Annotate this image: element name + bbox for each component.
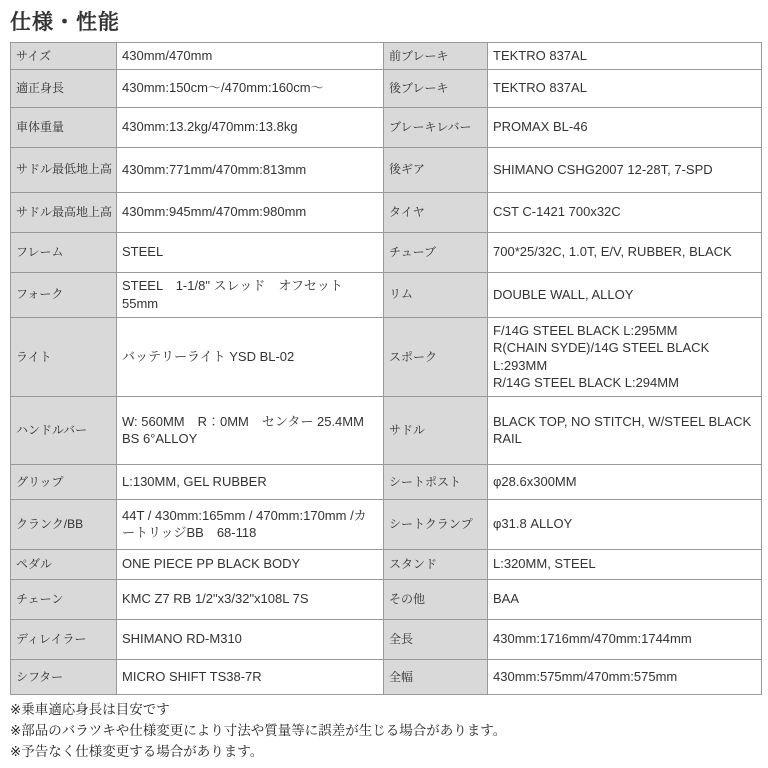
spec-label: サドル最低地上高 <box>11 147 117 192</box>
footnote-line: ※予告なく仕様変更する場合があります。 <box>10 742 761 763</box>
spec-label: ディレイラー <box>11 619 117 659</box>
spec-value: CST C-1421 700x32C <box>488 192 762 232</box>
spec-value: KMC Z7 RB 1/2"x3/32"x108L 7S <box>117 579 384 619</box>
spec-value: PROMAX BL-46 <box>488 107 762 147</box>
spec-value: MICRO SHIFT TS38-7R <box>117 659 384 694</box>
spec-value: STEEL <box>117 232 384 272</box>
table-row: ディレイラー SHIMANO RD-M310 全長 430mm:1716mm/4… <box>11 619 762 659</box>
table-row: シフター MICRO SHIFT TS38-7R 全幅 430mm:575mm/… <box>11 659 762 694</box>
table-row: ハンドルバー W: 560MM R：0MM センター 25.4MM BS 6°A… <box>11 396 762 464</box>
table-row: サドル最低地上高 430mm:771mm/470mm:813mm 後ギア SHI… <box>11 147 762 192</box>
table-row: チェーン KMC Z7 RB 1/2"x3/32"x108L 7S その他 BA… <box>11 579 762 619</box>
spec-label: 全長 <box>384 619 488 659</box>
spec-value: 430mm:945mm/470mm:980mm <box>117 192 384 232</box>
spec-value: F/14G STEEL BLACK L:295MM R(CHAIN SYDE)/… <box>488 317 762 396</box>
spec-table: サイズ 430mm/470mm 前ブレーキ TEKTRO 837AL 適正身長 … <box>10 42 762 695</box>
spec-value: 430mm:150cm〜/470mm:160cm〜 <box>117 69 384 107</box>
spec-value: L:130MM, GEL RUBBER <box>117 464 384 499</box>
spec-label: サドル <box>384 396 488 464</box>
table-row: 車体重量 430mm:13.2kg/470mm:13.8kg ブレーキレバー P… <box>11 107 762 147</box>
table-row: ライト バッテリーライト YSD BL-02 スポーク F/14G STEEL … <box>11 317 762 396</box>
spec-value: W: 560MM R：0MM センター 25.4MM BS 6°ALLOY <box>117 396 384 464</box>
spec-page: 仕様・性能 サイズ 430mm/470mm 前ブレーキ TEKTRO 837AL… <box>0 0 768 763</box>
spec-value: φ31.8 ALLOY <box>488 499 762 549</box>
spec-label: フレーム <box>11 232 117 272</box>
spec-label: その他 <box>384 579 488 619</box>
table-row: ペダル ONE PIECE PP BLACK BODY スタンド L:320MM… <box>11 549 762 579</box>
spec-label: ペダル <box>11 549 117 579</box>
spec-value: SHIMANO CSHG2007 12-28T, 7-SPD <box>488 147 762 192</box>
spec-label: 適正身長 <box>11 69 117 107</box>
spec-label: 車体重量 <box>11 107 117 147</box>
table-row: クランク/BB 44T / 430mm:165mm / 470mm:170mm … <box>11 499 762 549</box>
spec-label: 後ギア <box>384 147 488 192</box>
spec-label: グリップ <box>11 464 117 499</box>
spec-value: 700*25/32C, 1.0T, E/V, RUBBER, BLACK <box>488 232 762 272</box>
table-row: サイズ 430mm/470mm 前ブレーキ TEKTRO 837AL <box>11 43 762 70</box>
spec-label: スタンド <box>384 549 488 579</box>
table-row: グリップ L:130MM, GEL RUBBER シートポスト φ28.6x30… <box>11 464 762 499</box>
spec-label: ハンドルバー <box>11 396 117 464</box>
spec-label: フォーク <box>11 272 117 317</box>
spec-value: TEKTRO 837AL <box>488 43 762 70</box>
table-row: フレーム STEEL チューブ 700*25/32C, 1.0T, E/V, R… <box>11 232 762 272</box>
spec-value: DOUBLE WALL, ALLOY <box>488 272 762 317</box>
footnote-line: ※乗車適応身長は目安です <box>10 700 761 721</box>
spec-value: STEEL 1-1/8" スレッド オフセット55mm <box>117 272 384 317</box>
spec-value: 430mm:1716mm/470mm:1744mm <box>488 619 762 659</box>
spec-value: 430mm/470mm <box>117 43 384 70</box>
table-row: 適正身長 430mm:150cm〜/470mm:160cm〜 後ブレーキ TEK… <box>11 69 762 107</box>
spec-label: 全幅 <box>384 659 488 694</box>
spec-value: SHIMANO RD-M310 <box>117 619 384 659</box>
spec-value: L:320MM, STEEL <box>488 549 762 579</box>
spec-value: ONE PIECE PP BLACK BODY <box>117 549 384 579</box>
spec-value: 44T / 430mm:165mm / 470mm:170mm /カートリッジB… <box>117 499 384 549</box>
spec-label: チューブ <box>384 232 488 272</box>
spec-value: バッテリーライト YSD BL-02 <box>117 317 384 396</box>
spec-value: BAA <box>488 579 762 619</box>
spec-value: φ28.6x300MM <box>488 464 762 499</box>
spec-value: 430mm:575mm/470mm:575mm <box>488 659 762 694</box>
spec-label: シフター <box>11 659 117 694</box>
table-row: サドル最高地上高 430mm:945mm/470mm:980mm タイヤ CST… <box>11 192 762 232</box>
footnote-line: ※部品のバラツキや仕様変更により寸法や質量等に誤差が生じる場合があります。 <box>10 721 761 742</box>
spec-table-body: サイズ 430mm/470mm 前ブレーキ TEKTRO 837AL 適正身長 … <box>11 43 762 695</box>
spec-label: 後ブレーキ <box>384 69 488 107</box>
spec-label: シートポスト <box>384 464 488 499</box>
spec-label: リム <box>384 272 488 317</box>
spec-label: シートクランプ <box>384 499 488 549</box>
spec-label: タイヤ <box>384 192 488 232</box>
spec-label: サドル最高地上高 <box>11 192 117 232</box>
spec-label: サイズ <box>11 43 117 70</box>
spec-value: BLACK TOP, NO STITCH, W/STEEL BLACK RAIL <box>488 396 762 464</box>
footnotes: ※乗車適応身長は目安です ※部品のバラツキや仕様変更により寸法や質量等に誤差が生… <box>10 700 761 763</box>
table-row: フォーク STEEL 1-1/8" スレッド オフセット55mm リム DOUB… <box>11 272 762 317</box>
spec-value: TEKTRO 837AL <box>488 69 762 107</box>
page-title: 仕様・性能 <box>10 6 761 36</box>
spec-label: ブレーキレバー <box>384 107 488 147</box>
spec-label: チェーン <box>11 579 117 619</box>
spec-value: 430mm:13.2kg/470mm:13.8kg <box>117 107 384 147</box>
spec-label: ライト <box>11 317 117 396</box>
spec-label: スポーク <box>384 317 488 396</box>
spec-value: 430mm:771mm/470mm:813mm <box>117 147 384 192</box>
spec-label: 前ブレーキ <box>384 43 488 70</box>
spec-label: クランク/BB <box>11 499 117 549</box>
